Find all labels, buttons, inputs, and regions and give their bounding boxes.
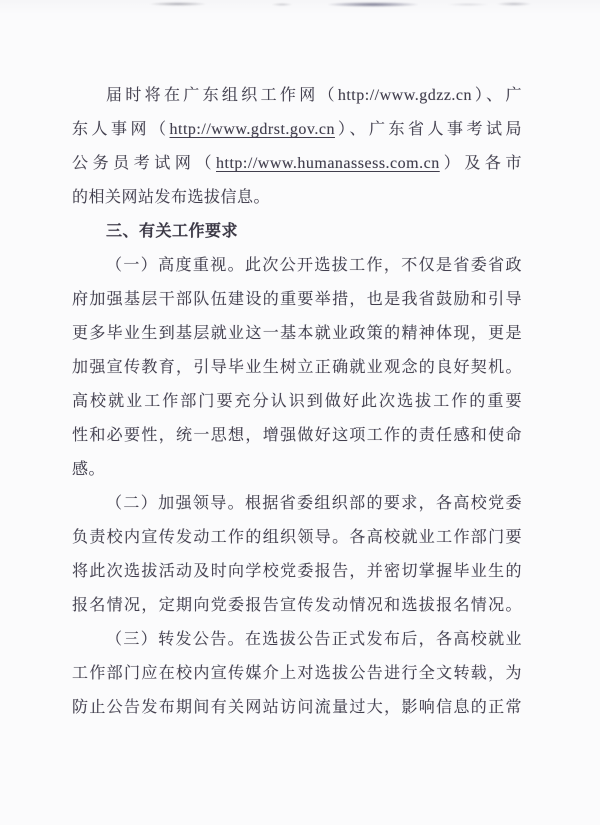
text-segment: ）、广东省人事考试局 — [335, 121, 522, 138]
text-segment: 性和必要性，统一思想，增强做好这项工作的责任感和使命 — [72, 427, 522, 444]
text-segment: 公务员考试网（ — [72, 155, 216, 172]
text-segment: ）及各市 — [440, 155, 522, 172]
text-line: 报名情况，定期向党委报告宣传发动情况和选拔报名情况。 — [72, 589, 522, 623]
text-line: （一）高度重视。此次公开选拔工作，不仅是省委省政 — [72, 249, 522, 283]
underlined-url: http://www.gdrst.gov.cn — [170, 121, 335, 138]
text-line: （三）转发公告。在选拔公告正式发布后，各高校就业 — [72, 623, 522, 657]
text-segment: 的相关网站发布选拔信息。 — [72, 189, 270, 206]
text-segment: 府加强基层干部队伍建设的重要举措，也是我省鼓励和引导 — [72, 291, 522, 308]
text-line: 府加强基层干部队伍建设的重要举措，也是我省鼓励和引导 — [72, 283, 522, 317]
text-segment: （三）转发公告。在选拔公告正式发布后，各高校就业 — [106, 631, 522, 648]
underlined-url: http://www.humanassess.com.cn — [216, 155, 440, 172]
document-text-block: 届时将在广东组织工作网（http://www.gdzz.cn）、广东人事网（ht… — [72, 79, 522, 725]
section-heading: 三、有关工作要求 — [72, 215, 522, 249]
text-line: 感。 — [72, 453, 522, 487]
text-line: 负责校内宣传发动工作的组织领导。各高校就业工作部门要 — [72, 521, 522, 555]
text-segment: 负责校内宣传发动工作的组织领导。各高校就业工作部门要 — [72, 529, 522, 546]
text-segment: 东人事网（ — [72, 121, 170, 138]
text-line: 东人事网（http://www.gdrst.gov.cn）、广东省人事考试局 — [72, 113, 522, 147]
text-segment: 三、有关工作要求 — [106, 223, 238, 240]
text-segment: 报名情况，定期向党委报告宣传发动情况和选拔报名情况。 — [72, 597, 522, 614]
text-line: 工作部门应在校内宣传媒介上对选拔公告进行全文转载，为 — [72, 657, 522, 691]
scan-smudge-1 — [150, 2, 206, 6]
text-segment: 将此次选拔活动及时向学校党委报告，并密切掌握毕业生的 — [72, 563, 522, 580]
text-segment: 加强宣传教育，引导毕业生树立正确就业观念的良好契机。 — [72, 359, 522, 376]
text-segment: 高校就业工作部门要充分认识到做好此次选拔工作的重要 — [72, 393, 522, 410]
text-segment: 更多毕业生到基层就业这一基本就业政策的精神体现，更是 — [72, 325, 522, 342]
text-segment: （二）加强领导。根据省委组织部的要求，各高校党委 — [106, 495, 522, 512]
text-line: 公务员考试网（http://www.humanassess.com.cn）及各市 — [72, 147, 522, 181]
text-line: 加强宣传教育，引导毕业生树立正确就业观念的良好契机。 — [72, 351, 522, 385]
text-segment: 届时将在广东组织工作网（http://www.gdzz.cn）、广 — [106, 87, 522, 104]
text-segment: 工作部门应在校内宣传媒介上对选拔公告进行全文转载，为 — [72, 665, 522, 682]
text-line: 届时将在广东组织工作网（http://www.gdzz.cn）、广 — [72, 79, 522, 113]
text-line: （二）加强领导。根据省委组织部的要求，各高校党委 — [72, 487, 522, 521]
scanned-document-page: { "page": { "background": "#fbfbfc", "te… — [0, 0, 600, 825]
text-line: 的相关网站发布选拔信息。 — [72, 181, 522, 215]
text-segment: 防止公告发布期间有关网站访问流量过大，影响信息的正常 — [72, 699, 522, 716]
scan-smudge-3 — [328, 2, 418, 7]
scan-smudge-4 — [448, 3, 488, 6]
text-line: 更多毕业生到基层就业这一基本就业政策的精神体现，更是 — [72, 317, 522, 351]
text-segment: 感。 — [72, 461, 105, 478]
text-line: 将此次选拔活动及时向学校党委报告，并密切掌握毕业生的 — [72, 555, 522, 589]
text-line: 高校就业工作部门要充分认识到做好此次选拔工作的重要 — [72, 385, 522, 419]
scan-smudge-2 — [272, 3, 292, 6]
scan-smudge-5 — [497, 2, 531, 6]
text-line: 性和必要性，统一思想，增强做好这项工作的责任感和使命 — [72, 419, 522, 453]
text-line: 防止公告发布期间有关网站访问流量过大，影响信息的正常 — [72, 691, 522, 725]
text-segment: （一）高度重视。此次公开选拔工作，不仅是省委省政 — [106, 257, 522, 274]
